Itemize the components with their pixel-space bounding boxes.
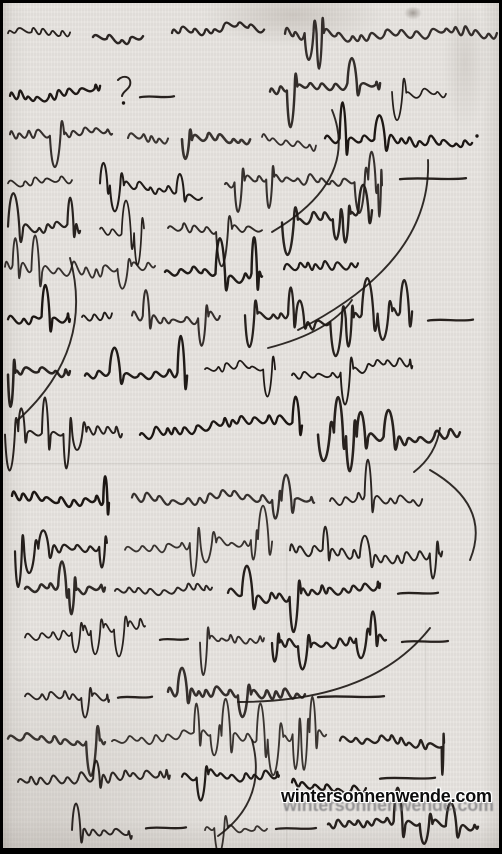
scan-frame: wintersonnenwende.com wintersonnenwende.… bbox=[0, 0, 502, 854]
letter-page: wintersonnenwende.com wintersonnenwende.… bbox=[3, 3, 499, 848]
handwriting-strokes bbox=[3, 3, 499, 848]
watermark-text: wintersonnenwende.com bbox=[281, 786, 492, 807]
